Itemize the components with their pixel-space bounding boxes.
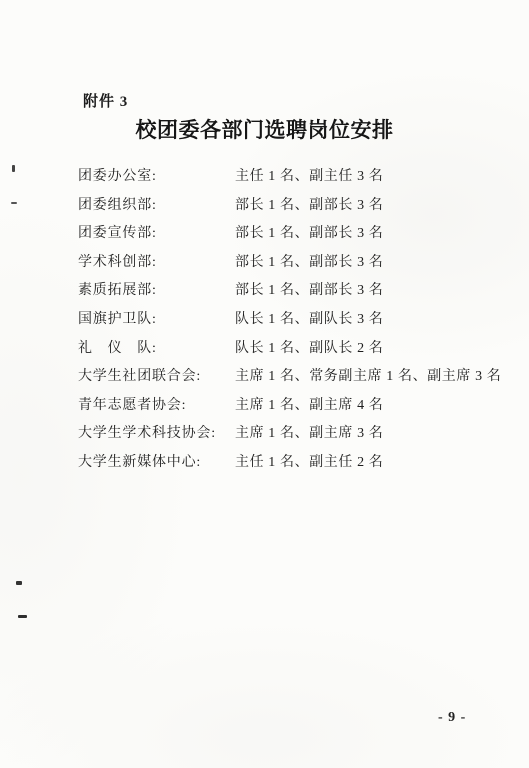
position-row: 国旗护卫队: 队长 1 名、副队长 3 名	[78, 306, 499, 335]
document-title: 校团委各部门选聘岗位安排	[0, 114, 529, 144]
position-value: 队长 1 名、副队长 3 名	[235, 306, 383, 335]
position-row: 大学生新媒体中心: 主任 1 名、副主任 2 名	[78, 449, 499, 478]
department-label: 青年志愿者协会:	[78, 392, 235, 421]
position-row: 礼 仪 队: 队长 1 名、副队长 2 名	[78, 335, 499, 364]
scan-speck	[18, 615, 27, 618]
position-value: 主任 1 名、副主任 3 名	[235, 163, 383, 192]
position-row: 青年志愿者协会: 主席 1 名、副主席 4 名	[78, 392, 499, 421]
attachment-label: 附件 3	[83, 90, 128, 111]
department-label: 国旗护卫队:	[78, 306, 235, 335]
position-row: 大学生社团联合会: 主席 1 名、常务副主席 1 名、副主席 3 名	[78, 363, 499, 392]
department-label: 团委宣传部:	[78, 220, 235, 249]
position-row: 团委组织部: 部长 1 名、副部长 3 名	[78, 192, 499, 221]
position-row: 团委宣传部: 部长 1 名、副部长 3 名	[78, 220, 499, 249]
position-list: 团委办公室: 主任 1 名、副主任 3 名 团委组织部: 部长 1 名、副部长 …	[78, 163, 499, 478]
department-label: 团委组织部:	[78, 192, 235, 221]
scan-speck	[16, 581, 22, 585]
page-number: - 9 -	[438, 710, 466, 726]
department-label: 素质拓展部:	[78, 277, 235, 306]
position-value: 主席 1 名、副主席 4 名	[235, 392, 383, 421]
department-label: 团委办公室:	[78, 163, 235, 192]
department-label: 大学生学术科技协会:	[78, 420, 235, 449]
position-value: 主席 1 名、常务副主席 1 名、副主席 3 名	[235, 363, 501, 392]
department-label: 大学生社团联合会:	[78, 363, 235, 392]
scan-speck	[12, 165, 15, 172]
position-row: 学术科创部: 部长 1 名、副部长 3 名	[78, 249, 499, 278]
position-row: 大学生学术科技协会: 主席 1 名、副主席 3 名	[78, 420, 499, 449]
department-label: 礼 仪 队:	[78, 335, 235, 364]
position-value: 部长 1 名、副部长 3 名	[235, 192, 383, 221]
department-label: 大学生新媒体中心:	[78, 449, 235, 478]
position-value: 部长 1 名、副部长 3 名	[235, 277, 383, 306]
position-value: 部长 1 名、副部长 3 名	[235, 249, 383, 278]
position-row: 素质拓展部: 部长 1 名、副部长 3 名	[78, 277, 499, 306]
scan-speck	[11, 202, 17, 204]
position-value: 队长 1 名、副队长 2 名	[235, 335, 383, 364]
position-value: 主任 1 名、副主任 2 名	[235, 449, 383, 478]
position-value: 部长 1 名、副部长 3 名	[235, 220, 383, 249]
scanned-document-page: 附件 3 校团委各部门选聘岗位安排 团委办公室: 主任 1 名、副主任 3 名 …	[0, 0, 529, 768]
position-row: 团委办公室: 主任 1 名、副主任 3 名	[78, 163, 499, 192]
department-label: 学术科创部:	[78, 249, 235, 278]
position-value: 主席 1 名、副主席 3 名	[235, 420, 383, 449]
